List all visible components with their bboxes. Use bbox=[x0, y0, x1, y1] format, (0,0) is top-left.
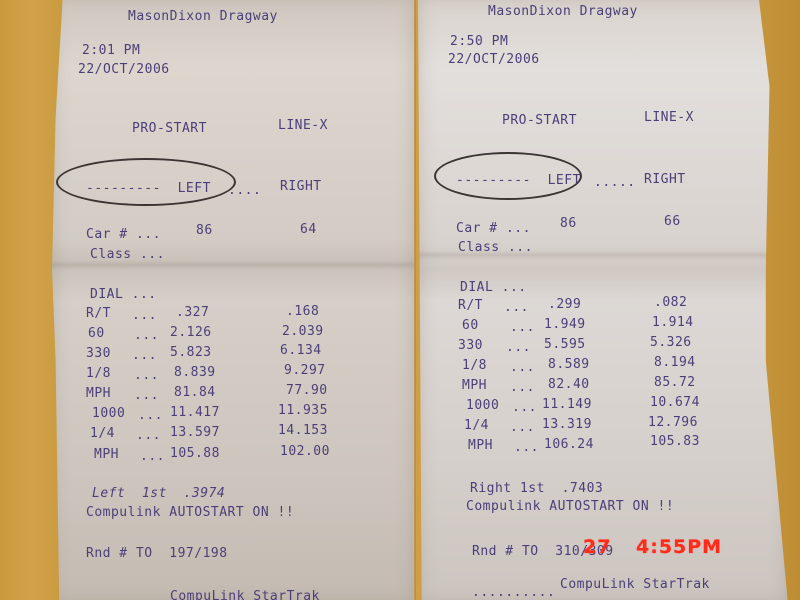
car-label: Car # ... bbox=[456, 221, 531, 236]
lane-right: RIGHT bbox=[280, 179, 322, 194]
dial-label: DIAL ... bbox=[460, 280, 527, 295]
camera-date-stamp-time: 4:55PM bbox=[636, 536, 722, 558]
slip-date: 22/OCT/2006 bbox=[448, 52, 540, 67]
dial-label: DIAL ... bbox=[90, 287, 157, 302]
class-label: Class ... bbox=[458, 240, 533, 255]
line-mode: LINE-X bbox=[278, 118, 328, 133]
lane-separator: ..... bbox=[594, 175, 636, 190]
car-left: 86 bbox=[560, 216, 577, 231]
slip-time: 2:50 PM bbox=[450, 34, 508, 49]
footer-brand: CompuLink StarTrak bbox=[560, 577, 710, 592]
start-mode: PRO-START bbox=[502, 113, 577, 128]
time-slip-left: MasonDixon Dragway 2:01 PM 22/OCT/2006 P… bbox=[52, 0, 414, 600]
camera-date-stamp-day: 27 bbox=[583, 536, 611, 558]
winner-line: Right 1st .7403 bbox=[470, 481, 603, 496]
lane-left-circled: --------- LEFT bbox=[456, 173, 581, 188]
winner-line: Left 1st .3974 bbox=[92, 486, 225, 501]
slip-date: 22/OCT/2006 bbox=[78, 62, 170, 77]
slip-time: 2:01 PM bbox=[82, 43, 140, 58]
round-line: Rnd # TO 197/198 bbox=[86, 546, 228, 561]
class-label: Class ... bbox=[90, 247, 165, 262]
line-mode: LINE-X bbox=[644, 110, 694, 125]
autostart-line: Compulink AUTOSTART ON !! bbox=[466, 499, 674, 514]
lane-right: RIGHT bbox=[644, 172, 686, 187]
time-slip-right: MasonDixon Dragway 2:50 PM 22/OCT/2006 P… bbox=[418, 0, 788, 600]
car-right: 66 bbox=[664, 214, 681, 229]
car-left: 86 bbox=[196, 223, 213, 238]
footer-dots: .......... bbox=[472, 585, 555, 600]
autostart-line: Compulink AUTOSTART ON !! bbox=[86, 505, 294, 520]
track-name: MasonDixon Dragway bbox=[488, 4, 638, 19]
lane-left-circled: --------- LEFT bbox=[86, 181, 211, 196]
lane-separator: .... bbox=[228, 183, 261, 198]
car-right: 64 bbox=[300, 222, 317, 237]
start-mode: PRO-START bbox=[132, 121, 207, 136]
car-label: Car # ... bbox=[86, 227, 161, 242]
footer-brand: CompuLink StarTrak bbox=[170, 589, 320, 600]
track-name: MasonDixon Dragway bbox=[128, 9, 278, 24]
